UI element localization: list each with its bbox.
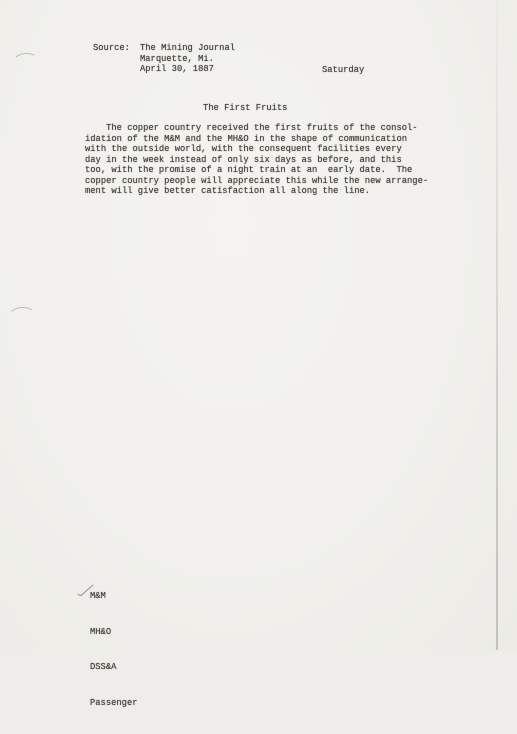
- article-body: The copper country received the first fr…: [85, 123, 428, 197]
- paper-curl-mark-top: [12, 52, 39, 71]
- paper-curl-mark-middle: [7, 306, 36, 326]
- article-title: The First Fruits: [203, 103, 287, 114]
- source-label: Source:: [93, 43, 130, 54]
- source-publication: The Mining Journal: [140, 43, 235, 54]
- page-right-edge: [496, 0, 498, 650]
- source-date: April 30, 1887: [140, 64, 214, 75]
- checkmark-annotation: [77, 583, 95, 598]
- index-term-mho: MH&O: [90, 627, 138, 639]
- source-weekday: Saturday: [322, 65, 364, 76]
- source-location: Marquette, Mi.: [140, 54, 214, 65]
- scanned-document-page: Source: The Mining Journal Marquette, Mi…: [0, 0, 517, 650]
- index-term-mm: M&M: [90, 591, 138, 603]
- index-terms-list: M&M MH&O DSS&A Passenger: [90, 567, 138, 650]
